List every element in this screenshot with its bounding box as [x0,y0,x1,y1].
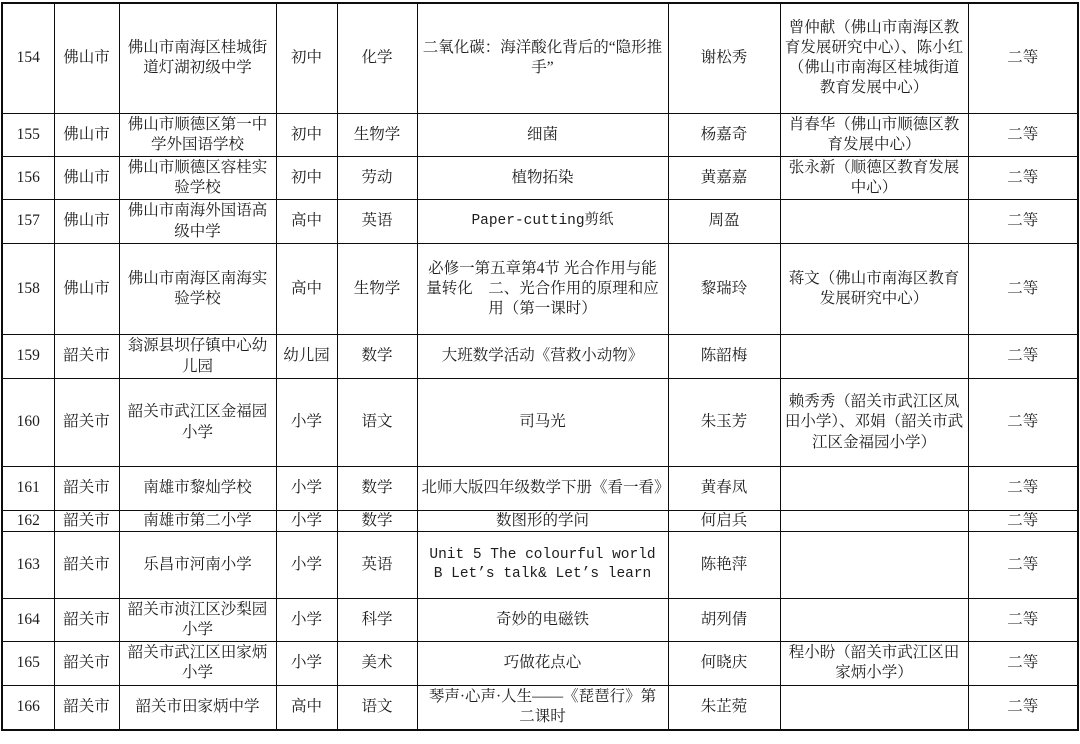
cell-subject: 英语 [337,532,417,599]
cell-advisor [780,599,968,642]
cell-teacher: 朱芷菀 [668,685,780,730]
table-row: 154 佛山市 佛山市南海区桂城街道灯湖初级中学 初中 化学 二氧化碳：海洋酸化… [2,3,1078,113]
cell-award: 二等 [968,113,1078,156]
cell-city: 韶关市 [54,599,119,642]
cell-award: 二等 [968,379,1078,467]
table-row: 158 佛山市 佛山市南海区南海实验学校 高中 生物学 必修一第五章第4节 光合… [2,244,1078,335]
table-row: 156 佛山市 佛山市顺德区容桂实验学校 初中 劳动 植物拓染 黄嘉嘉 张永新（… [2,156,1078,199]
cell-level: 幼儿园 [276,335,337,379]
cell-teacher: 谢松秀 [668,3,780,113]
cell-number: 156 [2,156,54,199]
cell-advisor: 曾仲献（佛山市南海区教育发展研究中心）、陈小红（佛山市南海区桂城街道教育发展中心… [780,3,968,113]
cell-level: 高中 [276,244,337,335]
cell-level: 初中 [276,113,337,156]
cell-advisor [780,467,968,511]
cell-level: 小学 [276,599,337,642]
cell-lesson-title: 北师大版四年级数学下册《看一看》 [417,467,668,511]
cell-city: 韶关市 [54,685,119,730]
cell-city: 佛山市 [54,244,119,335]
cell-lesson-title: 司马光 [417,379,668,467]
cell-teacher: 胡列倩 [668,599,780,642]
cell-subject: 生物学 [337,113,417,156]
cell-teacher: 杨嘉奇 [668,113,780,156]
cell-subject: 语文 [337,379,417,467]
cell-teacher: 何晓庆 [668,642,780,685]
cell-city: 韶关市 [54,642,119,685]
cell-school: 佛山市南海区南海实验学校 [119,244,276,335]
cell-number: 161 [2,467,54,511]
cell-level: 小学 [276,642,337,685]
cell-teacher: 黎瑞玲 [668,244,780,335]
cell-lesson-title: 植物拓染 [417,156,668,199]
cell-advisor: 肖春华（佛山市顺德区教育发展中心） [780,113,968,156]
cell-advisor: 蒋文（佛山市南海区教育发展研究中心） [780,244,968,335]
table-row: 161 韶关市 南雄市黎灿学校 小学 数学 北师大版四年级数学下册《看一看》 黄… [2,467,1078,511]
cell-subject: 数学 [337,335,417,379]
cell-city: 韶关市 [54,511,119,532]
cell-teacher: 朱玉芳 [668,379,780,467]
cell-number: 158 [2,244,54,335]
cell-school: 翁源县坝仔镇中心幼儿园 [119,335,276,379]
cell-school: 南雄市黎灿学校 [119,467,276,511]
cell-level: 高中 [276,685,337,730]
cell-city: 佛山市 [54,3,119,113]
cell-school: 韶关市浈江区沙梨园小学 [119,599,276,642]
cell-lesson-title: 必修一第五章第4节 光合作用与能量转化 二、光合作用的原理和应用（第一课时） [417,244,668,335]
cell-teacher: 周盈 [668,200,780,244]
cell-subject: 英语 [337,200,417,244]
table-row: 162 韶关市 南雄市第二小学 小学 数学 数图形的学问 何启兵 二等 [2,511,1078,532]
cell-level: 初中 [276,156,337,199]
award-results-table: 154 佛山市 佛山市南海区桂城街道灯湖初级中学 初中 化学 二氧化碳：海洋酸化… [1,2,1079,731]
cell-teacher: 黄嘉嘉 [668,156,780,199]
cell-award: 二等 [968,532,1078,599]
cell-award: 二等 [968,642,1078,685]
cell-lesson-title: 琴声·心声·人生——《琵琶行》第二课时 [417,685,668,730]
table-row: 166 韶关市 韶关市田家炳中学 高中 语文 琴声·心声·人生——《琵琶行》第二… [2,685,1078,730]
cell-city: 韶关市 [54,467,119,511]
cell-lesson-title: 数图形的学问 [417,511,668,532]
cell-award: 二等 [968,685,1078,730]
cell-advisor [780,511,968,532]
table-row: 164 韶关市 韶关市浈江区沙梨园小学 小学 科学 奇妙的电磁铁 胡列倩 二等 [2,599,1078,642]
cell-number: 160 [2,379,54,467]
cell-subject: 生物学 [337,244,417,335]
cell-award: 二等 [968,599,1078,642]
cell-school: 韶关市武江区金福园小学 [119,379,276,467]
cell-advisor: 张永新（顺德区教育发展中心） [780,156,968,199]
cell-lesson-title: 二氧化碳：海洋酸化背后的“隐形推手” [417,3,668,113]
cell-award: 二等 [968,511,1078,532]
cell-school: 韶关市田家炳中学 [119,685,276,730]
cell-school: 南雄市第二小学 [119,511,276,532]
cell-lesson-title: Unit 5 The colourful world B Let’s talk&… [417,532,668,599]
cell-level: 小学 [276,532,337,599]
cell-award: 二等 [968,244,1078,335]
cell-award: 二等 [968,335,1078,379]
table-row: 160 韶关市 韶关市武江区金福园小学 小学 语文 司马光 朱玉芳 赖秀秀（韶关… [2,379,1078,467]
cell-number: 155 [2,113,54,156]
cell-lesson-title: 大班数学活动《营救小动物》 [417,335,668,379]
cell-city: 佛山市 [54,156,119,199]
cell-number: 159 [2,335,54,379]
cell-number: 165 [2,642,54,685]
cell-level: 初中 [276,3,337,113]
cell-school: 韶关市武江区田家炳小学 [119,642,276,685]
cell-teacher: 陈韶梅 [668,335,780,379]
cell-lesson-title: Paper-cutting剪纸 [417,200,668,244]
cell-teacher: 何启兵 [668,511,780,532]
cell-city: 佛山市 [54,113,119,156]
cell-number: 162 [2,511,54,532]
cell-advisor [780,200,968,244]
cell-award: 二等 [968,200,1078,244]
cell-lesson-title: 奇妙的电磁铁 [417,599,668,642]
cell-number: 154 [2,3,54,113]
cell-lesson-title: 巧做花点心 [417,642,668,685]
cell-city: 韶关市 [54,379,119,467]
cell-award: 二等 [968,3,1078,113]
cell-subject: 美术 [337,642,417,685]
table-row: 165 韶关市 韶关市武江区田家炳小学 小学 美术 巧做花点心 何晓庆 程小盼（… [2,642,1078,685]
cell-level: 高中 [276,200,337,244]
cell-subject: 科学 [337,599,417,642]
cell-city: 佛山市 [54,200,119,244]
cell-advisor: 赖秀秀（韶关市武江区凤田小学）、邓娟（韶关市武江区金福园小学） [780,379,968,467]
cell-teacher: 陈艳萍 [668,532,780,599]
cell-subject: 数学 [337,467,417,511]
cell-school: 佛山市顺德区容桂实验学校 [119,156,276,199]
cell-school: 乐昌市河南小学 [119,532,276,599]
cell-subject: 劳动 [337,156,417,199]
cell-number: 157 [2,200,54,244]
cell-number: 163 [2,532,54,599]
cell-number: 164 [2,599,54,642]
table-row: 157 佛山市 佛山市南海外国语高级中学 高中 英语 Paper-cutting… [2,200,1078,244]
cell-award: 二等 [968,156,1078,199]
cell-advisor: 程小盼（韶关市武江区田家炳小学） [780,642,968,685]
cell-level: 小学 [276,379,337,467]
cell-number: 166 [2,685,54,730]
cell-advisor [780,335,968,379]
cell-school: 佛山市南海区桂城街道灯湖初级中学 [119,3,276,113]
cell-level: 小学 [276,467,337,511]
cell-school: 佛山市顺德区第一中学外国语学校 [119,113,276,156]
cell-city: 韶关市 [54,532,119,599]
cell-advisor [780,685,968,730]
cell-award: 二等 [968,467,1078,511]
cell-subject: 化学 [337,3,417,113]
cell-teacher: 黄春凤 [668,467,780,511]
cell-lesson-title: 细菌 [417,113,668,156]
cell-subject: 数学 [337,511,417,532]
cell-subject: 语文 [337,685,417,730]
cell-city: 韶关市 [54,335,119,379]
cell-level: 小学 [276,511,337,532]
table-row: 155 佛山市 佛山市顺德区第一中学外国语学校 初中 生物学 细菌 杨嘉奇 肖春… [2,113,1078,156]
table-row: 163 韶关市 乐昌市河南小学 小学 英语 Unit 5 The colourf… [2,532,1078,599]
cell-advisor [780,532,968,599]
table-row: 159 韶关市 翁源县坝仔镇中心幼儿园 幼儿园 数学 大班数学活动《营救小动物》… [2,335,1078,379]
cell-school: 佛山市南海外国语高级中学 [119,200,276,244]
